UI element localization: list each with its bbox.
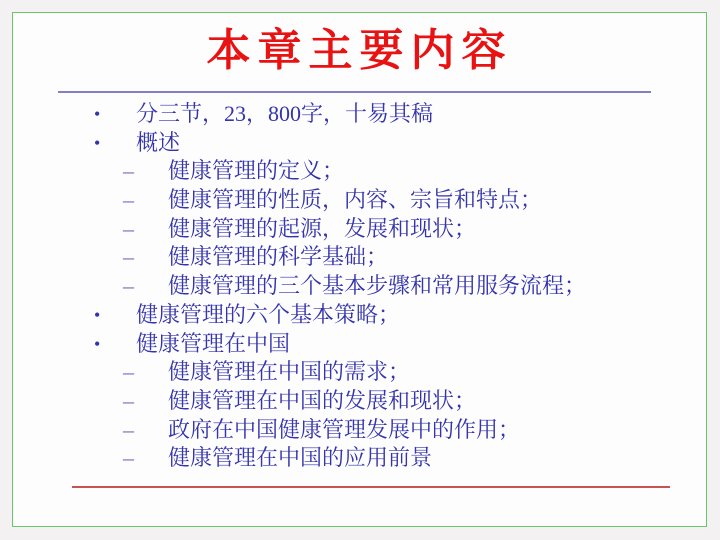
list-item: –健康管理的科学基础； xyxy=(13,243,706,272)
list-item: •健康管理在中国 xyxy=(13,330,706,359)
list-item: –健康管理的性质，内容、宗旨和特点； xyxy=(13,186,706,215)
dash-icon: – xyxy=(123,157,134,186)
dash-icon: – xyxy=(123,387,134,416)
list-item: –健康管理的起源，发展和现状； xyxy=(13,215,706,244)
list-item-text: 健康管理的定义； xyxy=(168,157,344,186)
list-item: •分三节，23，800字，十易其稿 xyxy=(13,100,706,129)
list-item-text: 政府在中国健康管理发展中的作用； xyxy=(168,416,520,445)
dash-icon: – xyxy=(123,272,134,301)
dash-icon: – xyxy=(123,186,134,215)
list-item: •概述 xyxy=(13,129,706,158)
list-item: •健康管理的六个基本策略； xyxy=(13,301,706,330)
list-item-text: 健康管理在中国的应用前景 xyxy=(168,444,432,473)
dash-icon: – xyxy=(123,358,134,387)
list-item-text: 健康管理的六个基本策略； xyxy=(136,301,400,330)
slide-title: 本章主要内容 xyxy=(13,27,706,75)
list-item-text: 健康管理的科学基础； xyxy=(168,243,388,272)
dash-icon: – xyxy=(123,444,134,473)
dash-icon: – xyxy=(123,416,134,445)
bullet-list: •分三节，23，800字，十易其稿•概述–健康管理的定义；–健康管理的性质，内容… xyxy=(13,100,706,473)
list-item-text: 概述 xyxy=(136,129,180,158)
list-item: –健康管理在中国的应用前景 xyxy=(13,444,706,473)
slide: 本章主要内容 •分三节，23，800字，十易其稿•概述–健康管理的定义；–健康管… xyxy=(12,12,707,527)
list-item: –政府在中国健康管理发展中的作用； xyxy=(13,416,706,445)
list-item-text: 健康管理的性质，内容、宗旨和特点； xyxy=(168,186,542,215)
list-item: –健康管理在中国的发展和现状； xyxy=(13,387,706,416)
bullet-icon: • xyxy=(94,100,100,129)
list-item: –健康管理的三个基本步骤和常用服务流程； xyxy=(13,272,706,301)
presentation-canvas: { "slide": { "title": "本章主要内容", "markers… xyxy=(0,0,720,540)
list-item-text: 健康管理在中国的发展和现状； xyxy=(168,387,476,416)
bullet-icon: • xyxy=(94,330,100,359)
list-item-text: 健康管理的三个基本步骤和常用服务流程； xyxy=(168,272,586,301)
bullet-icon: • xyxy=(94,129,100,158)
list-item-text: 健康管理的起源，发展和现状； xyxy=(168,215,476,244)
title-underline-rule xyxy=(58,91,651,93)
bullet-icon: • xyxy=(94,301,100,330)
dash-icon: – xyxy=(123,243,134,272)
dash-icon: – xyxy=(123,215,134,244)
list-item-text: 健康管理在中国的需求； xyxy=(168,358,410,387)
list-item: –健康管理在中国的需求； xyxy=(13,358,706,387)
list-item: –健康管理的定义； xyxy=(13,157,706,186)
list-item-text: 健康管理在中国 xyxy=(136,330,290,359)
footer-rule xyxy=(72,486,670,488)
list-item-text: 分三节，23，800字，十易其稿 xyxy=(136,100,433,129)
